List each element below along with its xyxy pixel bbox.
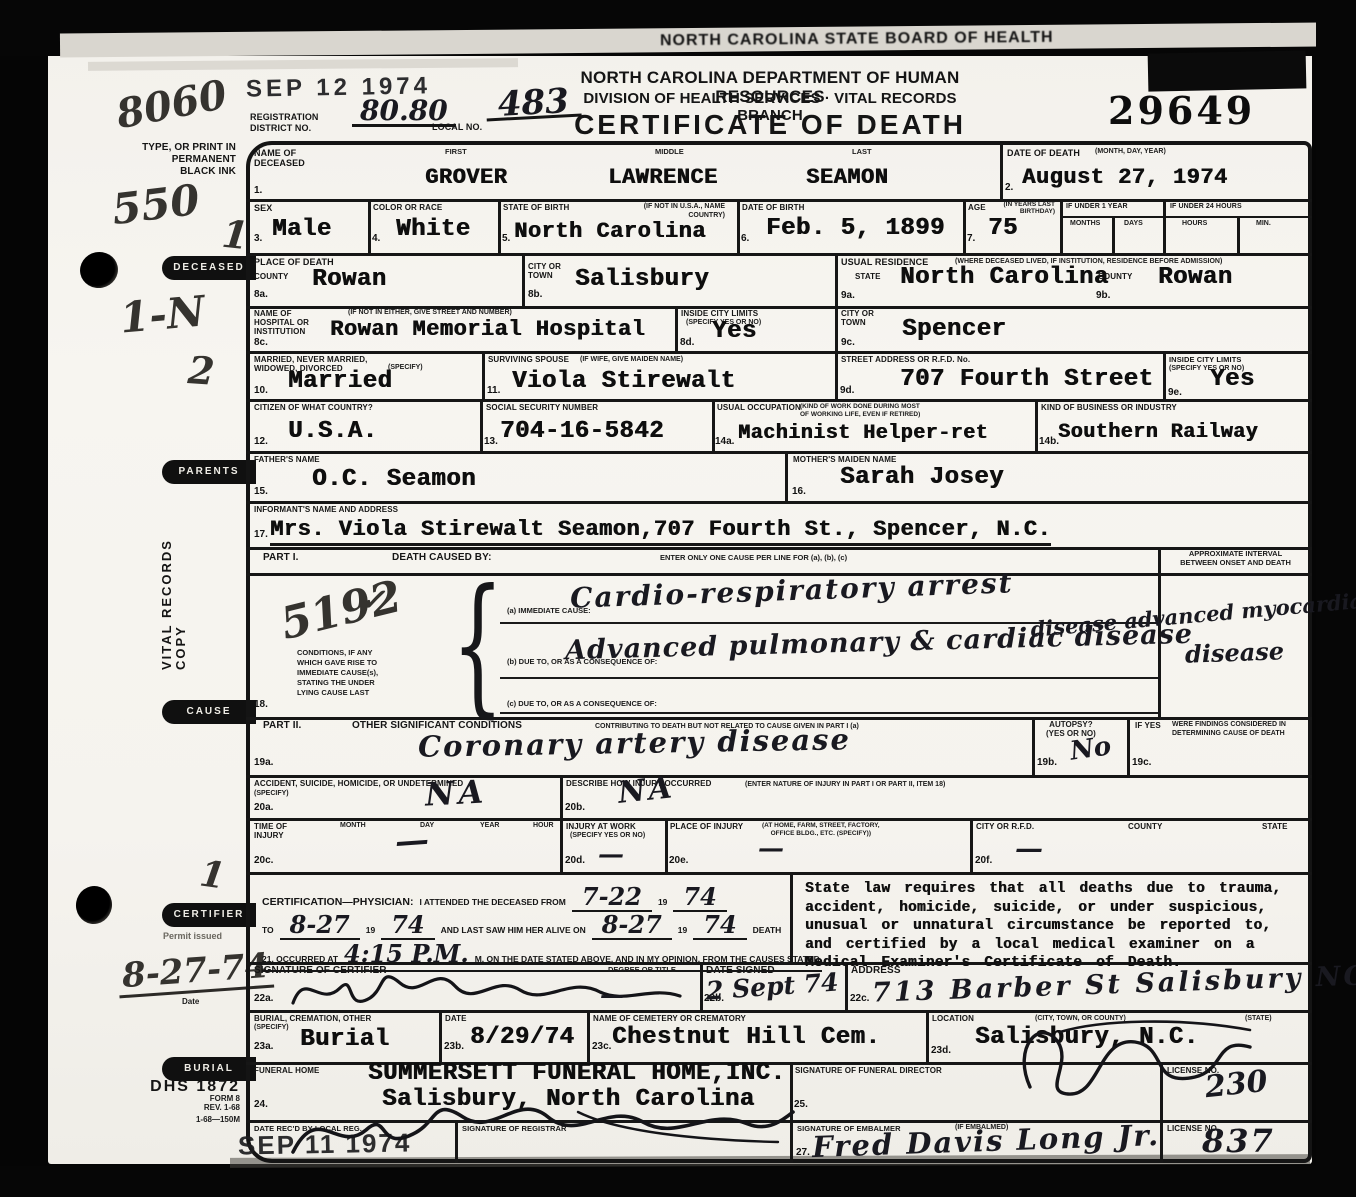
father-name-value: O.C. Seamon [312, 468, 476, 491]
field-number: 23c. [592, 1042, 611, 1052]
findings-rest-label: WERE FINDINGS CONSIDERED IN DETERMINING … [1172, 721, 1307, 738]
months-col-label: MONTHS [1070, 220, 1100, 229]
month-col: MONTH [340, 822, 366, 831]
ssn-label: SOCIAL SECURITY NUMBER [486, 403, 598, 412]
state-of-birth-label: STATE OF BIRTH [503, 203, 569, 212]
county-label: COUNTY [254, 272, 288, 281]
under-24-hours-label: IF UNDER 24 HOURS [1170, 202, 1242, 212]
permit-issued-label: Permit issued [163, 932, 222, 941]
inside-city-limits-value: Yes [712, 320, 757, 343]
field-number: 20d. [565, 856, 585, 866]
county-label: COUNTY [1098, 272, 1132, 281]
degree-or-title-value: — [600, 982, 624, 1008]
scan-bottom-band [0, 1166, 1356, 1197]
pencil-code-2: 2 [187, 351, 216, 391]
certification-line1: CERTIFICATION—PHYSICIAN: I ATTENDED THE … [262, 884, 727, 912]
burial-cremation-label: BURIAL, CREMATION, OTHER [254, 1014, 371, 1023]
field-number: 19a. [254, 758, 273, 768]
injury-county-label: COUNTY [1128, 822, 1162, 831]
time-of-injury-label: TIME OF INJURY [254, 822, 287, 840]
surviving-spouse-value: Viola Stirewalt [512, 370, 736, 393]
medical-examiner-law-text: State law requires that all deaths due t… [805, 880, 1305, 973]
embalmer-license-value: 837 [1202, 1128, 1275, 1154]
accident-suicide-sub: (SPECIFY) [254, 790, 289, 799]
date-of-birth-label: DATE OF BIRTH [742, 203, 804, 212]
marital-status-sub: (SPECIFY) [388, 364, 423, 373]
field-name-label: NAME OF DECEASED [254, 148, 305, 168]
last-seen-year: 74 [693, 912, 746, 940]
death-word: DEATH [753, 925, 782, 936]
previous-page-title: NORTH CAROLINA STATE BOARD OF HEALTH [660, 29, 1054, 50]
name-middle-value: LAWRENCE [608, 166, 718, 189]
conditions-note: CONDITIONS, IF ANY WHICH GAVE RISE TO IM… [297, 648, 378, 698]
field-number: 6. [741, 234, 749, 244]
residence-city-value: Spencer [902, 318, 1006, 341]
age-sub: (IN YEARS LAST BIRTHDAY) [990, 201, 1055, 215]
cemetery-value: Chestnut Hill Cem. [612, 1026, 880, 1049]
accident-suicide-value: NA [424, 778, 487, 807]
time-of-injury-value: — [394, 827, 430, 855]
how-injury-value: NA [617, 775, 676, 807]
state-label: STATE [855, 272, 881, 281]
field-number: 23d. [931, 1046, 951, 1056]
date-of-birth-value: Feb. 5, 1899 [766, 217, 945, 240]
field-number: 2. [1005, 183, 1013, 193]
field-number: 9b. [1096, 291, 1110, 301]
field-number: 7. [967, 234, 975, 244]
location-label: LOCATION [932, 1014, 974, 1023]
field-number: 13. [484, 437, 498, 447]
field-number: 5. [502, 234, 510, 244]
cause-brace: { [451, 570, 503, 720]
industry-value: Southern Railway [1058, 421, 1258, 444]
year-col: YEAR [480, 822, 499, 831]
street-address-label: STREET ADDRESS OR R.F.D. No. [841, 355, 970, 364]
surviving-spouse-sub: (IF WIFE, GIVE MAIDEN NAME) [580, 356, 683, 365]
attended-to-date: 8-27 [280, 912, 360, 940]
inside-city-limits2-value: Yes [1210, 368, 1255, 391]
field-number: 23b. [444, 1042, 464, 1052]
sex-label: SEX [254, 203, 272, 213]
field-number: 22a. [254, 994, 273, 1004]
date-of-death-sub: (MONTH, DAY, YEAR) [1095, 148, 1166, 157]
form-number-block: DHS 1872 FORM 8 REV. 1-68 1-68—150M [140, 1078, 240, 1125]
death-certificate-scan: NORTH CAROLINA STATE BOARD OF HEALTH SEP… [0, 0, 1356, 1197]
field-number: 14b. [1039, 437, 1059, 447]
name-sub-first: FIRST [445, 148, 467, 157]
mother-name-value: Sarah Josey [840, 466, 1004, 489]
race-label: COLOR OR RACE [373, 203, 442, 212]
certification-line2: TO 8-27 19 74 AND LAST SAW HIM HER ALIVE… [262, 912, 781, 940]
vital-records-copy-label: VITAL RECORDS COPY [160, 500, 188, 670]
to-label: TO [262, 925, 274, 936]
registrar-signature [278, 1082, 798, 1160]
field-number: 24. [254, 1100, 268, 1110]
field-number: 12. [254, 437, 268, 447]
pencil-code-550: 550 [110, 181, 202, 229]
field-number: 22c. [850, 994, 869, 1004]
findings-if-yes-label: IF YES [1135, 721, 1161, 731]
field-number: 20e. [669, 856, 688, 866]
hospital-value: Rowan Memorial Hospital [330, 318, 645, 341]
interval-header: APPROXIMATE INTERVAL BETWEEN ONSET AND D… [1168, 550, 1303, 567]
field-number: 23a. [254, 1042, 273, 1052]
field-number: 27. [796, 1148, 810, 1158]
director-license-value: 230 [1204, 1069, 1269, 1101]
ssn-value: 704-16-5842 [500, 420, 664, 443]
field-number: 19b. [1037, 758, 1057, 768]
field-number: 1. [254, 186, 262, 196]
pencil-checkmark: ✓ [360, 582, 385, 620]
hour-col: HOUR [533, 822, 554, 831]
cemetery-label: NAME OF CEMETERY OR CREMATORY [593, 1014, 746, 1023]
attended-from-date: 7-22 [572, 884, 652, 912]
field-number: 8c. [254, 338, 268, 348]
field-number: 20f. [975, 856, 992, 866]
funeral-director-signature-label: SIGNATURE OF FUNERAL DIRECTOR [795, 1066, 942, 1075]
sex-value: Male [272, 218, 332, 241]
mother-name-label: MOTHER'S MAIDEN NAME [793, 455, 896, 464]
field-number: 9c. [841, 338, 855, 348]
occupation-label: USUAL OCCUPATION [717, 403, 801, 412]
burial-date-value: 8/29/74 [470, 1026, 574, 1049]
field-number: 16. [792, 487, 806, 497]
father-name-label: FATHER'S NAME [254, 455, 320, 464]
year-prefix: 19 [366, 925, 375, 936]
other-conditions-value: Coronary artery disease [418, 726, 851, 760]
tab-deceased: DECEASED [162, 256, 256, 280]
registration-district-label: REGISTRATION DISTRICT NO. [250, 112, 319, 134]
burial-date-label: DATE [445, 1014, 467, 1023]
residence-county-value: Rowan [1158, 266, 1233, 289]
form-sub3: 1-68—150M [140, 1116, 240, 1125]
place-of-injury-value: — [758, 836, 784, 862]
state-of-birth-sub: (IF NOT IN U.S.A., NAME COUNTRY) [585, 203, 725, 220]
tab-cause: CAUSE [162, 700, 256, 724]
injury-at-work-label: INJURY AT WORK [566, 822, 636, 831]
year-prefix: 19 [678, 925, 687, 936]
date-of-death-label: DATE OF DEATH [1007, 148, 1080, 158]
certificate-title: CERTIFICATE OF DEATH [560, 110, 980, 140]
field-number: 18. [254, 700, 268, 710]
how-injury-sub: (ENTER NATURE OF INJURY IN PART I OR PAR… [745, 781, 945, 790]
city-rfd-label: CITY OR R.F.D. [976, 822, 1034, 831]
field-number: 15. [254, 487, 268, 497]
burial-cremation-value: Burial [300, 1028, 389, 1051]
name-sub-middle: MIDDLE [655, 148, 684, 157]
hours-col-label: HOURS [1182, 220, 1207, 229]
accident-suicide-label: ACCIDENT, SUICIDE, HOMICIDE, OR UNDETERM… [254, 779, 554, 788]
attended-from-year: 74 [673, 884, 726, 912]
city-rfd-value: — [1015, 836, 1043, 862]
cause-overflow-2: disease [1185, 638, 1285, 667]
citizen-value: U.S.A. [288, 420, 377, 443]
pencil-code-1n: 1-N [119, 292, 207, 337]
name-first-value: GROVER [425, 166, 507, 189]
scan-top-band: NORTH CAROLINA STATE BOARD OF HEALTH [0, 0, 1356, 56]
industry-label: KIND OF BUSINESS OR INDUSTRY [1041, 403, 1177, 412]
tab-parents: PARENTS [162, 460, 256, 484]
min-col-label: MIN. [1256, 220, 1271, 229]
form-sub2: REV. 1-68 [140, 1104, 240, 1113]
surviving-spouse-label: SURVIVING SPOUSE [488, 355, 569, 364]
inside-city-limits2-label: INSIDE CITY LIMITS [1169, 355, 1242, 365]
city-town-label: CITY OR TOWN [528, 262, 561, 280]
field-number: 20a. [254, 803, 273, 813]
field-number: 14a. [715, 437, 734, 447]
field-number: 20c. [254, 856, 273, 866]
state-of-birth-value: North Carolina [514, 220, 706, 243]
marital-status-value: Married [288, 370, 392, 393]
part2-label: PART II. [263, 721, 301, 731]
part1-label: PART I. [263, 553, 299, 563]
death-county-value: Rowan [312, 268, 387, 291]
previous-page-edge: NORTH CAROLINA STATE BOARD OF HEALTH [60, 23, 1320, 58]
last-saw-label: AND LAST SAW HIM HER ALIVE ON [441, 925, 586, 936]
field-number: 9e. [1168, 388, 1182, 398]
field-number: 10. [254, 386, 268, 396]
citizen-label: CITIZEN OF WHAT COUNTRY? [254, 403, 373, 412]
field-number: 8b. [528, 290, 542, 300]
occupation-sub: (KIND OF WORK DONE DURING MOST OF WORKIN… [800, 403, 920, 418]
print-instruction: TYPE, OR PRINT IN PERMANENT BLACK INK [132, 142, 236, 178]
due-to-c-label: (c) DUE TO, OR AS A CONSEQUENCE OF: [507, 700, 657, 709]
field-number: 11. [487, 386, 500, 396]
residence-city-label: CITY OR TOWN [841, 309, 874, 327]
attended-from-label: I ATTENDED THE DECEASED FROM [419, 897, 565, 908]
death-city-value: Salisbury [575, 268, 709, 291]
field-number: 20b. [565, 803, 585, 813]
tab-certifier: CERTIFIER [162, 903, 256, 927]
street-address-value: 707 Fourth Street [900, 368, 1153, 391]
pencil-code-1-certifier: 1 [197, 854, 227, 895]
days-col-label: DAYS [1124, 220, 1143, 229]
field-number: 4. [372, 234, 380, 244]
field-number: 9a. [841, 291, 855, 301]
name-last-value: SEAMON [806, 166, 888, 189]
age-label: AGE [968, 203, 986, 212]
field-number: 9d. [840, 386, 854, 396]
burial-cremation-sub: (SPECIFY) [254, 1024, 289, 1033]
race-value: White [396, 218, 471, 241]
field-number: 17. [254, 530, 268, 540]
funeral-home-label: FUNERAL HOME [254, 1066, 320, 1075]
ink-mark [1148, 50, 1307, 91]
certification-heading: CERTIFICATION—PHYSICIAN: [262, 897, 413, 908]
attended-to-year: 74 [381, 912, 434, 940]
hospital-label: NAME OF HOSPITAL OR INSTITUTION [254, 309, 309, 336]
residence-state-value: North Carolina [900, 266, 1109, 289]
local-no-value: 483 [485, 88, 581, 122]
certificate-number: 29649 [1108, 92, 1255, 130]
injury-state-label: STATE [1262, 822, 1288, 831]
name-sub-last: LAST [852, 148, 872, 157]
injury-at-work-value: — [598, 842, 624, 868]
informant-value: Mrs. Viola Stirewalt Seamon,707 Fourth S… [270, 518, 1051, 546]
form-number: DHS 1872 [140, 1078, 240, 1095]
occupation-value: Machinist Helper-ret [738, 422, 988, 445]
place-of-injury-label: PLACE OF INJURY [670, 822, 743, 831]
last-seen-date: 8-27 [592, 912, 672, 940]
under-1-year-label: IF UNDER 1 YEAR [1066, 202, 1128, 212]
field-number: 8a. [254, 290, 268, 300]
informant-label: INFORMANT'S NAME AND ADDRESS [254, 505, 398, 514]
year-prefix: 19 [658, 897, 667, 908]
field-number: 3. [254, 234, 262, 244]
date-label: Date [182, 998, 199, 1007]
autopsy-value: No [1068, 733, 1112, 764]
local-no-label: LOCAL NO. [432, 122, 482, 132]
field-number: 19c. [1132, 758, 1151, 768]
degree-or-title-label: DEGREE OR TITLE [608, 966, 676, 975]
date-of-death-value: August 27, 1974 [1022, 166, 1228, 189]
age-value: 75 [988, 217, 1018, 240]
field-number: 8d. [680, 338, 694, 348]
certifier-address-label: ADDRESS [851, 966, 901, 976]
one-cause-instruction: ENTER ONLY ONE CAUSE PER LINE FOR (a), (… [660, 554, 847, 563]
